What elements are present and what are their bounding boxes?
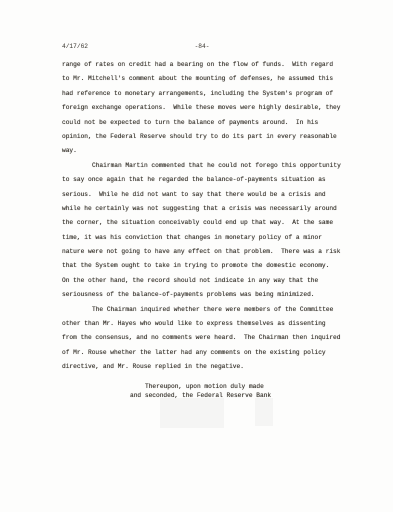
text-line: The Chairman inquired whether there were… xyxy=(62,303,362,317)
paragraph-chairman-martin: Chairman Martin commented that he could … xyxy=(62,159,362,303)
page-header: 4/17/62 -84- xyxy=(62,43,342,53)
header-date: 4/17/62 xyxy=(62,43,88,51)
text-line: had reference to monetary arrangements, … xyxy=(62,87,362,101)
text-line: other than Mr. Hayes who would like to e… xyxy=(62,317,362,331)
text-line: range of rates on credit had a bearing o… xyxy=(62,58,362,72)
motion-line: and seconded, the Federal Reserve Bank xyxy=(130,391,362,400)
text-line: directive, and Mr. Rouse replied in the … xyxy=(62,360,362,374)
text-line: that the System ought to take in trying … xyxy=(62,259,362,273)
text-line: while he certainly was not suggesting th… xyxy=(62,202,362,216)
motion-line: Thereupon, upon motion duly made xyxy=(130,382,362,391)
paragraph-continuation: range of rates on credit had a bearing o… xyxy=(62,58,362,159)
scan-artifact xyxy=(160,398,224,428)
motion-block: Thereupon, upon motion duly made and sec… xyxy=(130,382,362,401)
document-body: range of rates on credit had a bearing o… xyxy=(62,58,362,400)
text-line: of Mr. Rouse whether the latter had any … xyxy=(62,346,362,360)
document-page: 4/17/62 -84- range of rates on credit ha… xyxy=(0,0,393,512)
text-line: foreign exchange operations. While these… xyxy=(62,101,362,115)
text-line: way. xyxy=(62,144,362,158)
text-line: On the other hand, the record should not… xyxy=(62,274,362,288)
text-line: the corner, the situation conceivably co… xyxy=(62,216,362,230)
text-line: Chairman Martin commented that he could … xyxy=(62,159,362,173)
text-line: nature were not going to have any effect… xyxy=(62,245,362,259)
text-line: seriousness of the balance-of-payments p… xyxy=(62,288,362,302)
text-line: to say once again that he regarded the b… xyxy=(62,173,362,187)
text-line: could not be expected to turn the balanc… xyxy=(62,116,362,130)
text-line: opinion, the Federal Reserve should try … xyxy=(62,130,362,144)
text-line: to Mr. Mitchell's comment about the moun… xyxy=(62,72,362,86)
text-line: time, it was his conviction that changes… xyxy=(62,231,362,245)
page-number: -84- xyxy=(195,43,210,51)
text-line: serious. While he did not want to say th… xyxy=(62,188,362,202)
text-line: from the consensus, and no comments were… xyxy=(62,331,362,345)
paragraph-chairman-inquiry: The Chairman inquired whether there were… xyxy=(62,303,362,375)
scan-artifact xyxy=(255,398,273,426)
